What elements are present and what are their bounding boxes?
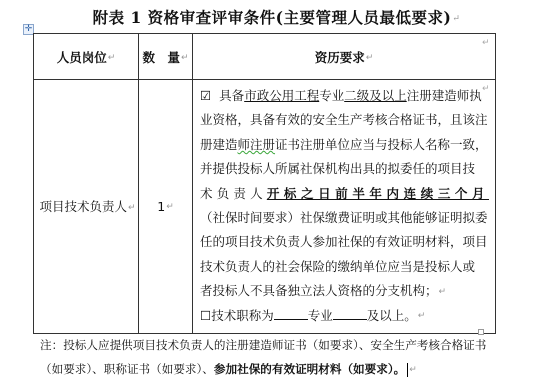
cell-position: 项目技术负责人↵ [34, 80, 139, 334]
req-line-7: 任的项目技术负责人参加社保的有效证明材料，项目 [200, 230, 489, 254]
req-line-8: 技术负责人的社会保险的缴纳单位应当是投标人或 [200, 255, 489, 279]
req-line-2: 业资格，具备有效的安全生产考核合格证书，且该注 [200, 108, 489, 132]
header-position: 人员岗位↵ [34, 34, 139, 80]
cell-requirements: ☑ 具备市政公用工程专业二级及以上注册建造师执 业资格，具备有效的安全生产考核合… [193, 80, 496, 334]
req-line-6: （社保时间要求）社保缴费证明或其他能够证明拟委 [200, 206, 489, 230]
req-line-3: 册建造师注册证书注册单位应当与投标人名称一致， [200, 133, 489, 157]
req-line-5: 术负责人开标之日前半年内连续三个月 [200, 182, 489, 206]
header-quantity: 数 量↵ [139, 34, 193, 80]
note-bold-text: 参加社保的有效证明材料（如要求）。 [214, 362, 405, 376]
table-header-row: 人员岗位↵ 数 量↵ 资历要求↵ [34, 34, 496, 80]
req-line-10: ☐技术职称为专业及以上。↵ [200, 304, 489, 329]
paragraph-mark-icon: ↵ [452, 14, 460, 24]
row-end-mark-icon: ↵ [482, 38, 490, 48]
title-text: 附表 1 资格审查评审条件(主要管理人员最低要求) [93, 8, 452, 27]
req-line-4: 并提供投标人所属社保机构出具的拟委任的项目技 [200, 157, 489, 181]
unchecked-checkbox-icon[interactable]: ☐ [200, 308, 211, 323]
cell-quantity: 1↵ [139, 80, 193, 334]
table-row: 项目技术负责人↵ 1↵ ☑ 具备市政公用工程专业二级及以上注册建造师执 业资格，… [34, 80, 496, 334]
page-title: 附表 1 资格审查评审条件(主要管理人员最低要求)↵ [0, 6, 553, 28]
qualification-table: 人员岗位↵ 数 量↵ 资历要求↵ 项目技术负责人↵ 1↵ ☑ 具备市政公用工程专… [33, 33, 496, 334]
req-line-9: 者投标人不具备独立法人资格的分支机构；↵ [200, 279, 489, 304]
blank-field-title[interactable] [274, 306, 308, 320]
checked-checkbox-icon[interactable]: ☑ [200, 88, 211, 103]
table-note: 注：投标人应提供项目技术负责人的注册建造师证书（如要求）、安全生产考核合格证书（… [40, 333, 500, 382]
req-line-1: ☑ 具备市政公用工程专业二级及以上注册建造师执 [200, 84, 489, 108]
row-end-mark-icon: ↵ [482, 84, 490, 94]
blank-field-major[interactable] [333, 306, 367, 320]
header-requirements: 资历要求↵ [193, 34, 496, 80]
